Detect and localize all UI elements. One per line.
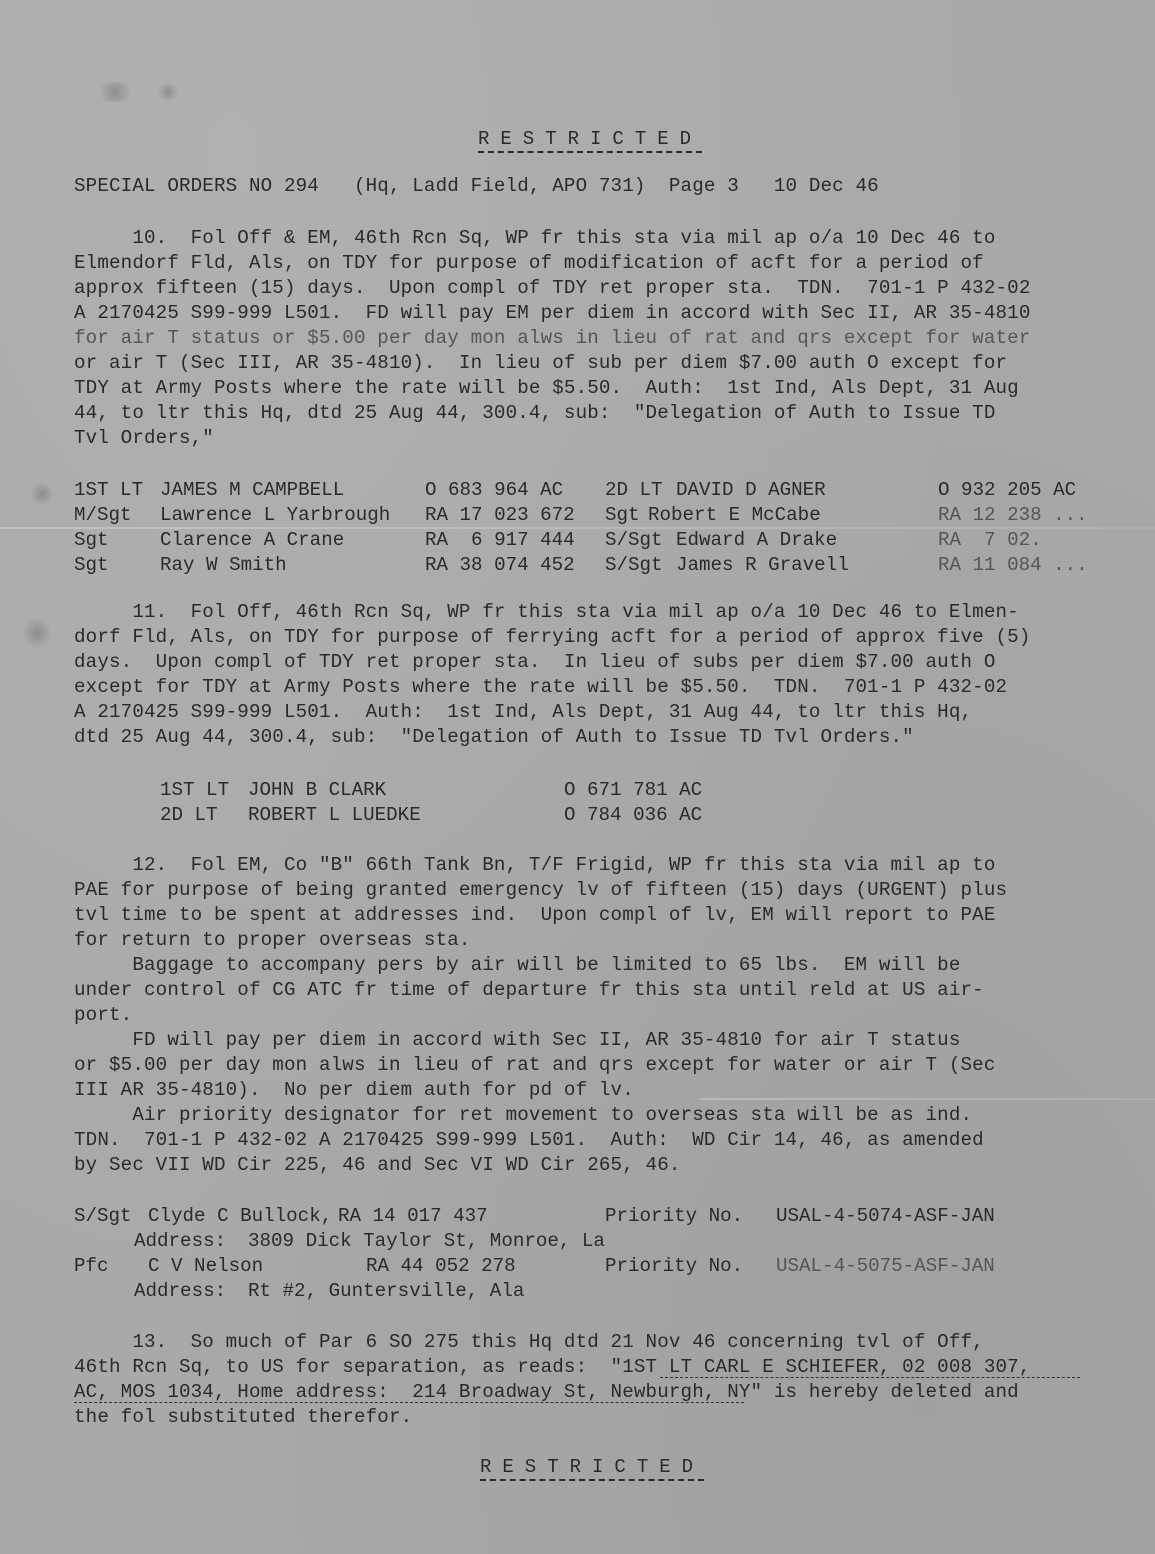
name: C V Nelson xyxy=(148,1254,263,1279)
para-line: TDN. 701-1 P 432-02 A 2170425 S99-999 L5… xyxy=(74,1128,984,1153)
para-line: 13. So much of Par 6 SO 275 this Hq dtd … xyxy=(74,1330,984,1355)
name: DAVID D AGNER xyxy=(676,478,826,503)
para-line: FD will pay per diem in accord with Sec … xyxy=(74,1028,961,1053)
name: JAMES M CAMPBELL xyxy=(160,478,344,503)
para-line: III AR 35-4810). No per diem auth for pd… xyxy=(74,1078,634,1103)
address: Rt #2, Guntersville, Ala xyxy=(248,1279,524,1304)
rank: 2D LT xyxy=(605,478,663,503)
classification-top: RESTRICTED xyxy=(478,128,702,150)
rank: 2D LT xyxy=(160,803,218,828)
para-line: 12. Fol EM, Co "B" 66th Tank Bn, T/F Fri… xyxy=(74,853,996,878)
address-label: Address: xyxy=(134,1229,226,1254)
rank: S/Sgt xyxy=(605,528,663,553)
serial: O 932 205 AC xyxy=(938,478,1076,503)
para-line: Elmendorf Fld, Als, on TDY for purpose o… xyxy=(74,251,984,276)
rank: 1ST LT xyxy=(74,478,143,503)
para-line: or $5.00 per day mon alws in lieu of rat… xyxy=(74,1053,996,1078)
para-line: A 2170425 S99-999 L501. FD will pay EM p… xyxy=(74,301,1030,326)
address: 3809 Dick Taylor St, Monroe, La xyxy=(248,1229,605,1254)
serial: RA 11 084 ... xyxy=(938,553,1088,578)
document-page: RESTRICTED SPECIAL ORDERS NO 294 (Hq, La… xyxy=(0,0,1155,1554)
name: Lawrence L Yarbrough xyxy=(160,503,390,528)
paper-smudge xyxy=(158,82,178,102)
priority-label: Priority No. xyxy=(605,1254,743,1279)
para-line: port. xyxy=(74,1003,132,1028)
para-line: except for TDY at Army Posts where the r… xyxy=(74,675,1007,700)
priority-number: USAL-4-5075-ASF-JAN xyxy=(776,1254,995,1279)
paper-smudge xyxy=(22,618,52,648)
name: JOHN B CLARK xyxy=(248,778,386,803)
para-line: or air T (Sec III, AR 35-4810). In lieu … xyxy=(74,351,1007,376)
serial: RA 38 074 452 xyxy=(425,553,575,578)
para-line: Tvl Orders," xyxy=(74,426,214,451)
name: James R Gravell xyxy=(676,553,849,578)
rank: S/Sgt xyxy=(74,1204,132,1229)
address-label: Address: xyxy=(134,1279,226,1304)
rank: Sgt xyxy=(74,553,109,578)
para-line: for air T status or $5.00 per day mon al… xyxy=(74,326,1030,351)
quote-underline xyxy=(74,1402,744,1403)
rank: Sgt xyxy=(605,503,640,528)
serial: O 784 036 AC xyxy=(564,803,702,828)
name: Ray W Smith xyxy=(160,553,287,578)
name: Edward A Drake xyxy=(676,528,837,553)
para-line: A 2170425 S99-999 L501. Auth: 1st Ind, A… xyxy=(74,700,972,725)
priority-number: USAL-4-5074-ASF-JAN xyxy=(776,1204,995,1229)
para-line: dtd 25 Aug 44, 300.4, sub: "Delegation o… xyxy=(74,725,914,750)
para-line: for return to proper overseas sta. xyxy=(74,928,471,953)
para-line: Air priority designator for ret movement… xyxy=(74,1103,972,1128)
para-line: 10. Fol Off & EM, 46th Rcn Sq, WP fr thi… xyxy=(74,226,996,251)
rank: M/Sgt xyxy=(74,503,132,528)
para-line: dorf Fld, Als, on TDY for purpose of fer… xyxy=(74,625,1030,650)
para-line: 44, to ltr this Hq, dtd 25 Aug 44, 300.4… xyxy=(74,401,996,426)
name: Clyde C Bullock, xyxy=(148,1204,332,1229)
para-line: PAE for purpose of being granted emergen… xyxy=(74,878,1007,903)
serial: RA 6 917 444 xyxy=(425,528,575,553)
serial: RA 17 023 672 xyxy=(425,503,575,528)
rank: Pfc xyxy=(74,1254,109,1279)
serial: RA 12 238 ... xyxy=(938,503,1088,528)
paper-smudge xyxy=(95,82,135,102)
serial: RA 14 017 437 xyxy=(338,1204,488,1229)
para-line: by Sec VII WD Cir 225, 46 and Sec VI WD … xyxy=(74,1153,681,1178)
rank: Sgt xyxy=(74,528,109,553)
rank: 1ST LT xyxy=(160,778,229,803)
name: ROBERT L LUEDKE xyxy=(248,803,421,828)
classification-bottom: RESTRICTED xyxy=(480,1456,704,1478)
name: Robert E McCabe xyxy=(648,503,821,528)
para-line: the fol substituted therefor. xyxy=(74,1405,412,1430)
para-line: 11. Fol Off, 46th Rcn Sq, WP fr this sta… xyxy=(74,600,1019,625)
orders-header: SPECIAL ORDERS NO 294 (Hq, Ladd Field, A… xyxy=(74,174,879,199)
para-line: approx fifteen (15) days. Upon compl of … xyxy=(74,276,1030,301)
rank: S/Sgt xyxy=(605,553,663,578)
para-line: under control of CG ATC fr time of depar… xyxy=(74,978,984,1003)
para-line: TDY at Army Posts where the rate will be… xyxy=(74,376,1019,401)
name: Clarence A Crane xyxy=(160,528,344,553)
serial: O 671 781 AC xyxy=(564,778,702,803)
priority-label: Priority No. xyxy=(605,1204,743,1229)
serial: O 683 964 AC xyxy=(425,478,563,503)
para-line: Baggage to accompany pers by air will be… xyxy=(74,953,961,978)
paper-crease xyxy=(700,1098,1155,1100)
paper-smudge xyxy=(30,482,54,506)
para-line: days. Upon compl of TDY ret proper sta. … xyxy=(74,650,996,675)
para-line: tvl time to be spent at addresses ind. U… xyxy=(74,903,996,928)
quote-underline xyxy=(660,1377,1080,1378)
serial: RA 44 052 278 xyxy=(366,1254,516,1279)
serial: RA 7 02. xyxy=(938,528,1042,553)
